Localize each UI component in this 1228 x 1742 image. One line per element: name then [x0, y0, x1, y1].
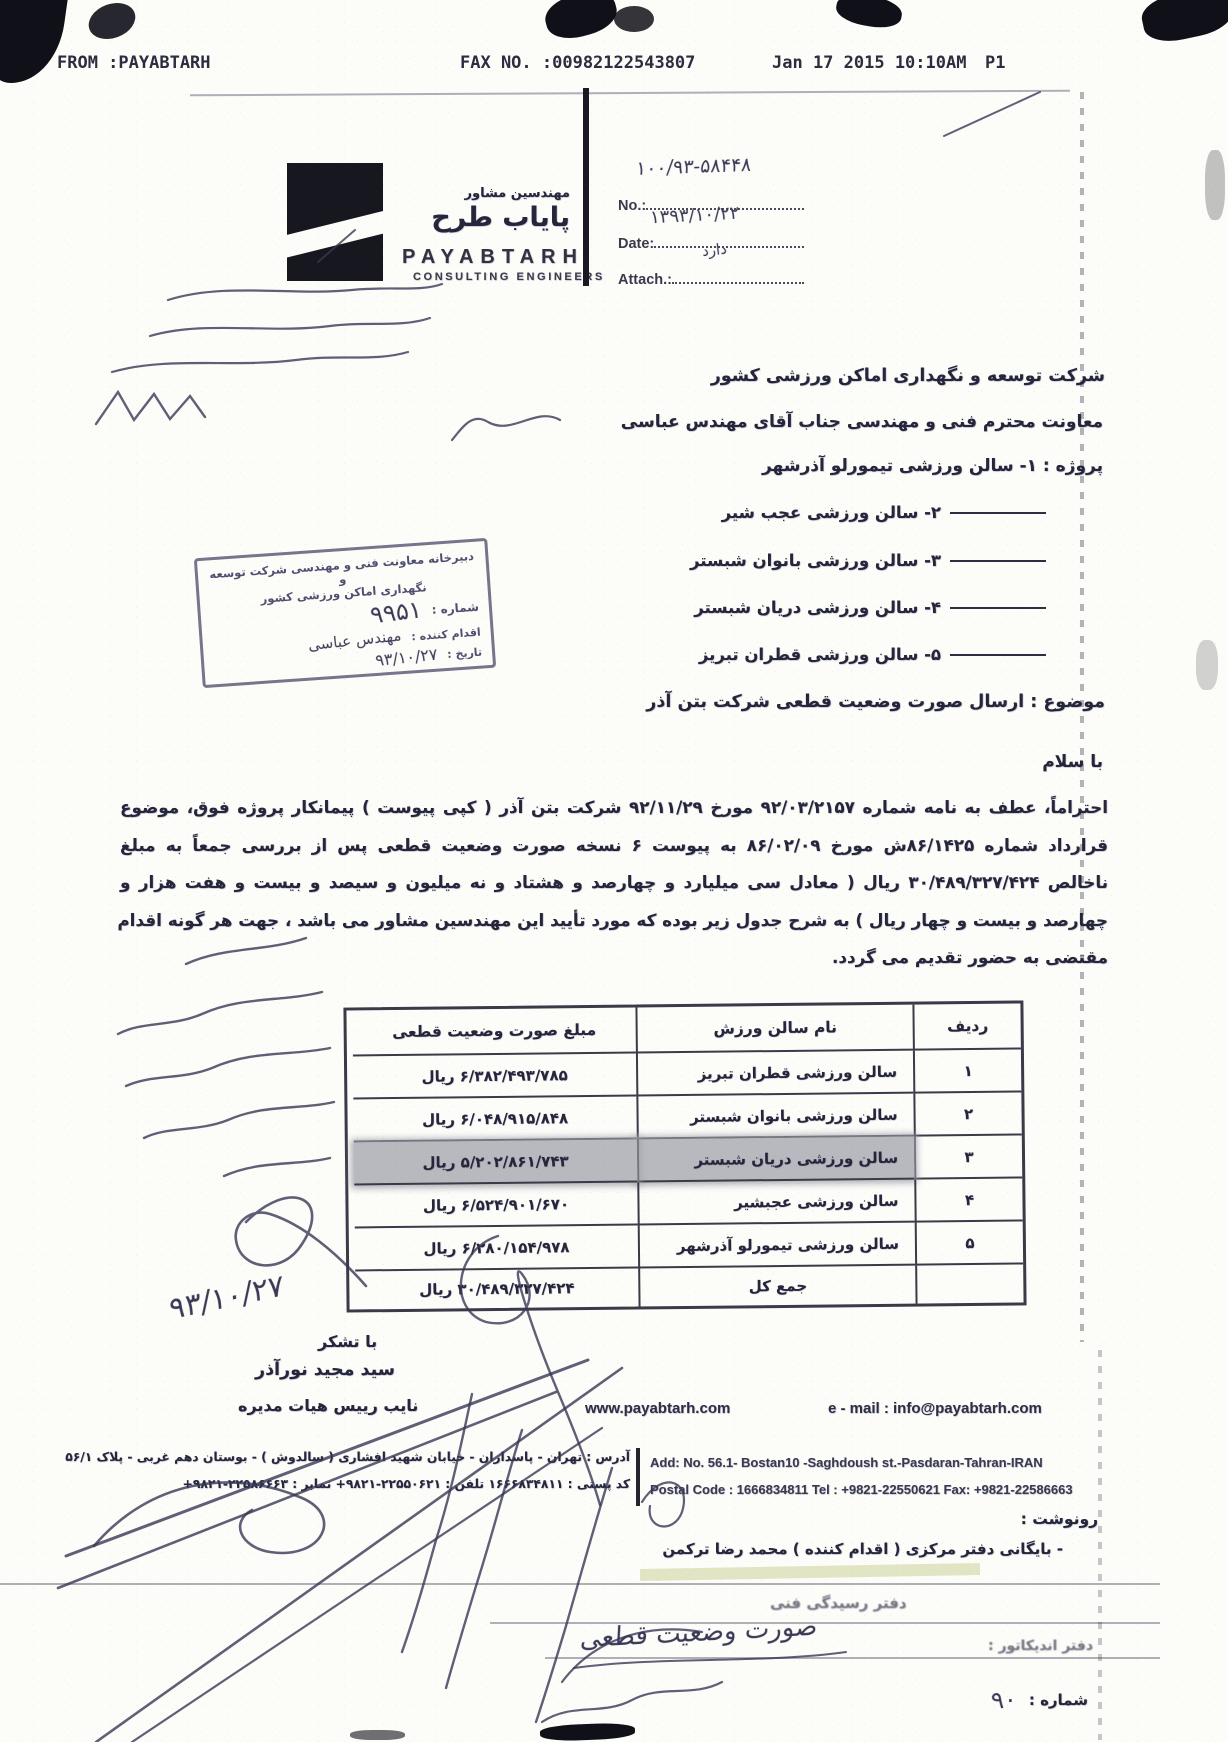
table-total-label: جمع کل	[638, 1266, 915, 1307]
scan-artifact-dash-column	[1080, 92, 1084, 1342]
scanner-blotch	[541, 0, 621, 45]
fax-header-page: P1	[985, 53, 1005, 73]
project-line-1: پروژه : ۱- سالن ورزشی تیمورلو آذرشهر	[762, 456, 1103, 476]
project-line-3-text: ۳- سالن ورزشی بانوان شبستر	[690, 551, 941, 570]
recipient-deputy: معاونت محترم فنی و مهندسی جناب آقای مهند…	[621, 412, 1103, 432]
handwritten-indicator-value: صورت وضعیت قطعی	[579, 1612, 818, 1655]
handwritten-margin-date: ۹۳/۱۰/۲۷	[168, 1268, 285, 1328]
scan-line-1	[0, 1583, 1160, 1585]
project-line-2-text: ۲- سالن ورزشی عجب شیر	[722, 503, 941, 522]
table-row-5-amount: ۶/۲۸۰/۱۵۴/۹۷۸ ریال	[355, 1225, 638, 1271]
no-field-label: No.:	[618, 198, 646, 214]
stamp-number-value: ۹۹۵۱	[369, 595, 424, 629]
project-line-4: ۴- سالن ورزشی دریان شبستر	[694, 598, 1046, 617]
scanner-blotch	[1138, 0, 1228, 47]
body-line-5: مقتضی به حضور تقدیم می گردد.	[120, 947, 1108, 985]
address-en-line2: Postal Code : 1666834811 Tel : +9821-225…	[650, 1482, 1073, 1497]
handwritten-ref-number: ۱۰۰/۹۳-۵۸۴۴۸	[635, 154, 752, 180]
body-line-1: احتراماً، عطف به نامه شماره ۹۲/۰۳/۲۱۵۷ م…	[120, 797, 1108, 835]
fax-header-from: FROM :PAYABTARH	[57, 53, 211, 73]
fax-header-number: FAX NO. :00982122543807	[460, 53, 695, 73]
indicator-number-row: شماره : ۹۰	[991, 1686, 1088, 1714]
signature-title: نایب رییس هیات مدیره	[238, 1396, 418, 1415]
table-row-3-name-highlighted: سالن ورزشی دریان شبستر	[637, 1137, 914, 1183]
body-line-3: ناخالص ۳۰/۴۸۹/۳۲۷/۴۲۴ ریال ( معادل سی می…	[120, 872, 1108, 910]
indicator-number-label: شماره :	[1029, 1691, 1088, 1709]
scanner-blotch	[1196, 640, 1218, 690]
table-row-4-name: سالن ورزشی عجبشیر	[637, 1180, 914, 1226]
date-field-leader	[654, 234, 804, 248]
table-row-2-no: ۲	[913, 1092, 1021, 1136]
table-row-2-name: سالن ورزشی بانوان شبستر	[636, 1094, 913, 1140]
cc-item-technical-office: دفتر رسیدگی فنی	[770, 1594, 907, 1612]
secretariat-received-stamp: دبیرخانه معاونت فنی و مهندسی شرکت توسعه …	[194, 538, 496, 688]
letterhead-divider	[583, 88, 589, 286]
scanner-blotch	[540, 1722, 636, 1741]
footer-divider	[636, 1448, 640, 1506]
table-row-1-name: سالن ورزشی قطران تبریز	[636, 1051, 913, 1097]
handwritten-indicator-number: ۹۰	[990, 1685, 1018, 1715]
signature-name: سید مجید نورآذر	[255, 1360, 395, 1380]
attach-field-leader	[672, 270, 804, 284]
stamp-date-value: ۹۳/۱۰/۲۷	[374, 645, 438, 670]
cc-item-archive: - بایگانی دفتر مرکزی ( اقدام کننده ) محم…	[662, 1540, 1063, 1558]
scanner-blotch	[834, 0, 904, 32]
continuation-dash	[950, 512, 1046, 514]
table-row-4-amount: ۶/۵۲۴/۹۰۱/۶۷۰ ریال	[354, 1183, 637, 1229]
stamp-date-label: تاریخ :	[447, 646, 483, 661]
attach-field-label: Attach.:	[618, 272, 672, 288]
scanner-blotch	[614, 6, 654, 32]
indicator-office-label: دفتر اندیکاتور :	[988, 1638, 1093, 1654]
attach-field: Attach.:	[618, 270, 804, 288]
table-header-row-no: ردیف	[912, 1003, 1020, 1050]
table-header-amount: مبلغ صورت وضعیت قطعی	[352, 1008, 635, 1057]
scan-artifact-dash-column-lower	[1098, 1350, 1102, 1740]
fax-header-datetime: Jan 17 2015 10:10AM	[772, 53, 966, 73]
company-subtitle-en: CONSULTING ENGINEERS	[413, 271, 605, 283]
address-fa-line2: کد پستی : ۱۶۶۶۸۳۴۸۱۱ تلفن : ۲۲۵۵۰۶۲۱-۹۸۲…	[183, 1477, 631, 1491]
project-line-5: ۵- سالن ورزشی قطران تبریز	[699, 645, 1046, 664]
salutation: با سلام	[1042, 752, 1103, 772]
scan-edge-line	[190, 90, 1070, 97]
body-line-4: چهارصد و بیست و چهار ریال ) به شرح جدول …	[120, 910, 1108, 948]
address-en-line1: Add: No. 56.1- Bostan10 -Saghdoush st.-P…	[650, 1455, 1043, 1470]
scanner-blotch	[1205, 150, 1225, 220]
continuation-dash	[950, 654, 1046, 656]
subject-line: موضوع : ارسال صورت وضعیت قطعی شرکت بتن آ…	[646, 692, 1105, 712]
table-row-3-amount-highlighted: ۵/۲۰۲/۸۶۱/۷۴۳ ریال	[354, 1140, 637, 1186]
table-total-amount: ۳۰/۴۸۹/۳۲۷/۴۲۴ ریال	[355, 1268, 638, 1309]
table-row-2-amount: ۶/۰۴۸/۹۱۵/۸۴۸ ریال	[353, 1097, 636, 1143]
table-row-5-name: سالن ورزشی تیمورلو آذرشهر	[638, 1223, 915, 1269]
project-line-2: ۲- سالن ورزشی عجب شیر	[722, 503, 1046, 522]
stamp-number-label: شماره :	[431, 600, 479, 617]
table-header-hall-name: نام سالن ورزش	[635, 1005, 912, 1054]
date-field-label: Date:	[618, 236, 654, 252]
body-paragraph: احتراماً، عطف به نامه شماره ۹۲/۰۳/۲۱۵۷ م…	[120, 797, 1108, 985]
signature-thanks: با تشکر	[318, 1332, 377, 1351]
company-logo	[287, 163, 383, 281]
cc-label: رونوشت :	[1021, 1510, 1098, 1528]
project-line-4-text: ۴- سالن ورزشی دریان شبستر	[694, 598, 941, 617]
website-url: www.payabtarh.com	[585, 1400, 730, 1417]
company-name-en: PAYABTARH	[402, 246, 584, 269]
table-row-1-no: ۱	[913, 1049, 1021, 1093]
continuation-dash	[950, 560, 1046, 562]
project-line-5-text: ۵- سالن ورزشی قطران تبریز	[699, 645, 941, 664]
table-row-4-no: ۴	[914, 1178, 1022, 1222]
highlighter-smear	[640, 1563, 980, 1581]
stamp-handler-label: اقدام کننده :	[411, 625, 481, 643]
table-total-no-cell	[915, 1264, 1023, 1303]
handwritten-no-value: ۱۳۹۳/۱۰/۲۲	[650, 203, 740, 229]
recipient-org: شرکت توسعه و نگهداری اماکن ورزشی کشور	[711, 366, 1105, 386]
project-line-3: ۳- سالن ورزشی بانوان شبستر	[690, 551, 1046, 570]
table-row-1-amount: ۶/۳۸۲/۴۹۳/۷۸۵ ریال	[353, 1054, 636, 1100]
company-name-fa-small: مهندسین مشاور	[400, 186, 570, 201]
table-row-3-no: ۳	[914, 1135, 1022, 1179]
continuation-dash	[950, 607, 1046, 609]
email-address: e - mail : info@payabtarh.com	[828, 1400, 1042, 1417]
logo-swoosh-shape	[287, 209, 383, 259]
amounts-table: ردیف نام سالن ورزش مبلغ صورت وضعیت قطعی …	[343, 1000, 1026, 1312]
company-name-fa-large: پایاب طرح	[420, 202, 570, 233]
scan-line-3	[545, 1657, 1160, 1659]
fax-document-page: FROM :PAYABTARH FAX NO. :00982122543807 …	[0, 0, 1228, 1742]
scanner-blotch	[0, 0, 68, 89]
scanner-blotch	[350, 1730, 405, 1740]
handwritten-date-value: دارد	[701, 240, 728, 260]
address-fa-line1: آدرس : تهران - پاسداران - خیابان شهید اف…	[65, 1450, 630, 1464]
scanner-blotch	[84, 0, 141, 45]
body-line-2: قرارداد شماره ۸۶/۱۴۲۵ش مورخ ۸۶/۰۲/۰۹ به …	[120, 835, 1108, 873]
table-row-5-no: ۵	[915, 1221, 1023, 1265]
